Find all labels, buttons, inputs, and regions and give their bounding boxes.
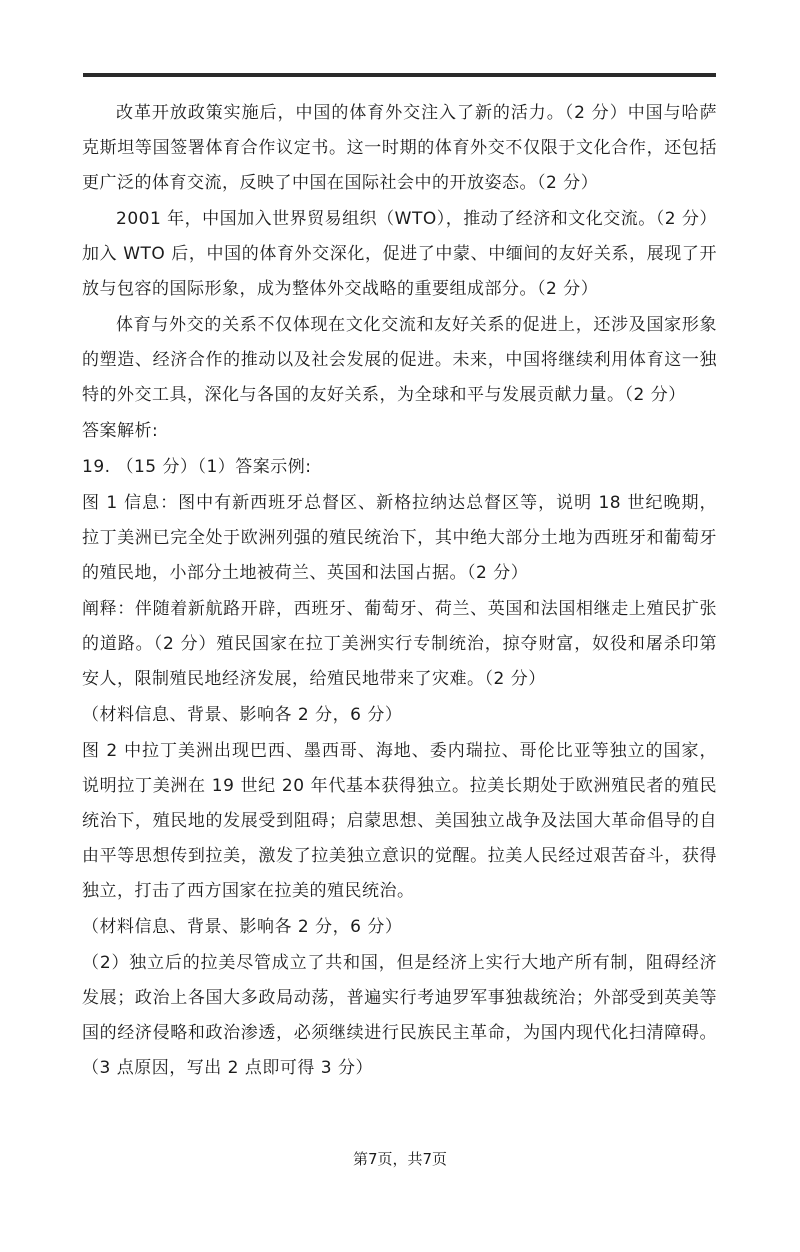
para-sports-diplomacy-summary: 体育与外交的关系不仅体现在文化交流和友好关系的促进上，还涉及国家形象的塑造、经济… [82,308,717,413]
document-page: 改革开放政策实施后，中国的体育外交注入了新的活力。（2 分）中国与哈萨克斯坦等国… [0,0,800,1252]
page-number-label: 第7页，共7页 [353,1150,447,1168]
para-wto-accession: 2001 年，中国加入世界贸易组织（WTO），推动了经济和文化交流。（2 分）加… [82,202,717,307]
para-reform-opening-sports-diplomacy: 改革开放政策实施后，中国的体育外交注入了新的活力。（2 分）中国与哈萨克斯坦等国… [82,96,717,201]
para-figure1-info: 图 1 信息：图中有新西班牙总督区、新格拉纳达总督区等，说明 18 世纪晚期，拉… [82,486,717,591]
label-answer-analysis: 答案解析: [82,414,717,449]
document-body: 改革开放政策实施后，中国的体育外交注入了新的活力。（2 分）中国与哈萨克斯坦等国… [82,77,717,1087]
para-question-19-part2: （2）独立后的拉美尽管成立了共和国，但是经济上实行大地产所有制，阻碍经济发展；政… [82,946,717,1086]
para-figure2-info: 图 2 中拉丁美洲出现巴西、墨西哥、海地、委内瑞拉、哥伦比亚等独立的国家，说明拉… [82,734,717,909]
para-interpretation: 阐释：伴随着新航路开辟，西班牙、葡萄牙、荷兰、英国和法国相继走上殖民扩张的道路。… [82,592,717,697]
question-19-header: 19. （15 分）（1）答案示例: [82,450,717,485]
score-note-1: （材料信息、背景、影响各 2 分，6 分） [82,698,717,733]
score-note-2: （材料信息、背景、影响各 2 分，6 分） [82,910,717,945]
page-footer: 第7页，共7页 [0,1148,800,1170]
